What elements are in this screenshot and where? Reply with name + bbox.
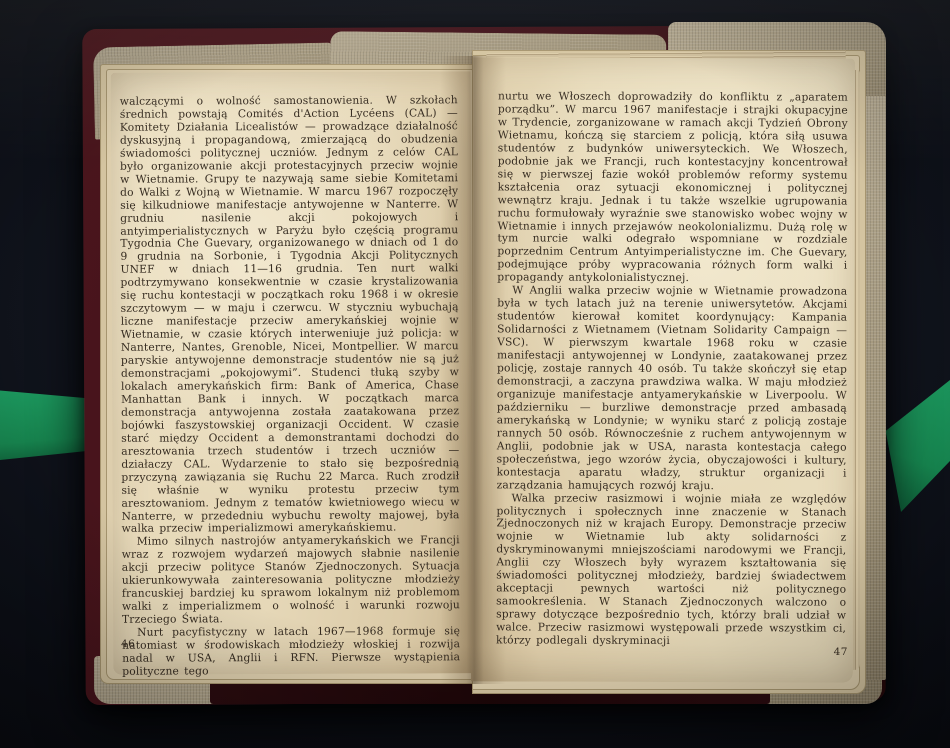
right-page-text: nurtu we Włoszech doprowadziły do konfli… <box>496 90 848 648</box>
paragraph: walczącymi o wolność samostanowienia. W … <box>120 94 460 536</box>
paragraph: Walka przeciw rasizmowi i wojnie miała z… <box>496 492 847 649</box>
paragraph: W Anglii walka przeciw wojnie w Wietnami… <box>497 285 848 493</box>
page-number-left: 46 <box>121 638 135 650</box>
paragraph: Mimo silnych nastrojów antyamerykańskich… <box>122 535 460 627</box>
green-ribbon-right <box>880 368 950 518</box>
page-number-right: 47 <box>800 646 848 658</box>
paragraph: Nurt pacyfistyczny w latach 1967—1968 fo… <box>122 625 460 678</box>
paragraph: nurtu we Włoszech doprowadziły do konfli… <box>497 90 848 286</box>
photo-open-book: { "book": { "left_page": { "page_number"… <box>0 0 950 748</box>
left-page-text: walczącymi o wolność samostanowienia. W … <box>120 94 461 678</box>
